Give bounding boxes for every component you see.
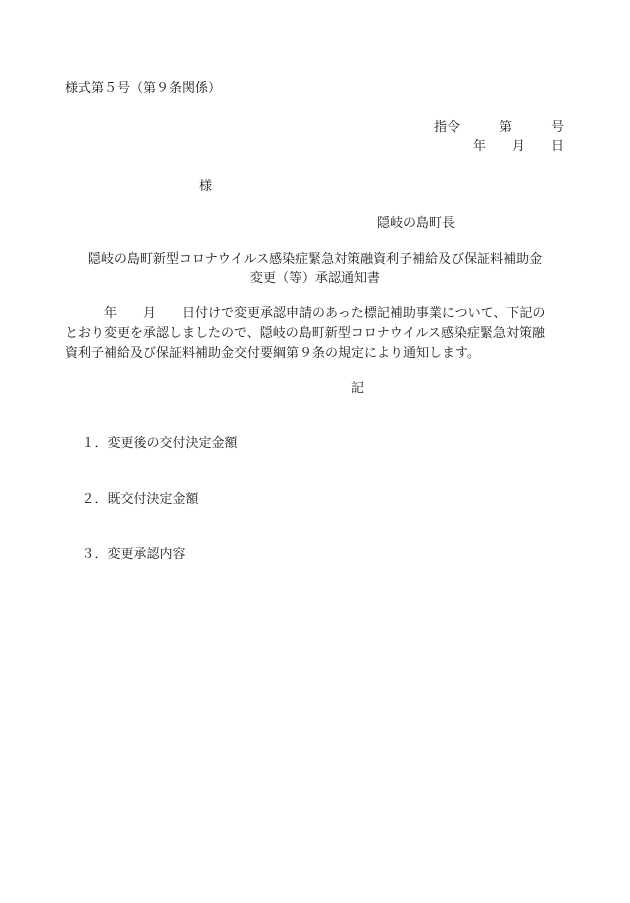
body-paragraph: 年 月 日付けで変更承認申請のあった標記補助事業について、下記の とおり変更を承… bbox=[65, 304, 565, 364]
body-line-1: 年 月 日付けで変更承認申請のあった標記補助事業について、下記の bbox=[65, 304, 565, 324]
item-label: 変更後の交付決定金額 bbox=[108, 436, 238, 451]
issue-date-line: 年 月 日 bbox=[473, 137, 564, 157]
body-line-2: とおり変更を承認しましたので、隠岐の島町新型コロナウイルス感染症緊急対策融 bbox=[65, 324, 565, 344]
ki-heading: 記 bbox=[351, 379, 364, 399]
list-item-existing-grant-amount: ２．既交付決定金額 bbox=[65, 470, 199, 530]
body-line-3: 資利子補給及び保証料補助金交付要綱第９条の規定により通知します。 bbox=[65, 344, 565, 364]
item-label: 変更承認内容 bbox=[108, 547, 186, 562]
sender-name: 隠岐の島町長 bbox=[377, 214, 455, 234]
list-item-changed-grant-amount: １．変更後の交付決定金額 bbox=[65, 414, 238, 474]
title-line-2: 変更（等）承認通知書 bbox=[0, 269, 630, 288]
item-number: ３． bbox=[82, 547, 108, 562]
directive-number-line: 指令 第 号 bbox=[434, 118, 564, 138]
document-title: 隠岐の島町新型コロナウイルス感染症緊急対策融資利子補給及び保証料補助金 変更（等… bbox=[0, 250, 630, 288]
list-item-change-details: ３．変更承認内容 bbox=[65, 525, 186, 585]
recipient-honorific: 様 bbox=[199, 177, 212, 197]
title-line-1: 隠岐の島町新型コロナウイルス感染症緊急対策融資利子補給及び保証料補助金 bbox=[0, 250, 630, 269]
item-number: １． bbox=[82, 436, 108, 451]
form-number: 様式第５号（第９条関係） bbox=[65, 79, 221, 99]
item-number: ２． bbox=[82, 492, 108, 507]
item-label: 既交付決定金額 bbox=[108, 492, 199, 507]
